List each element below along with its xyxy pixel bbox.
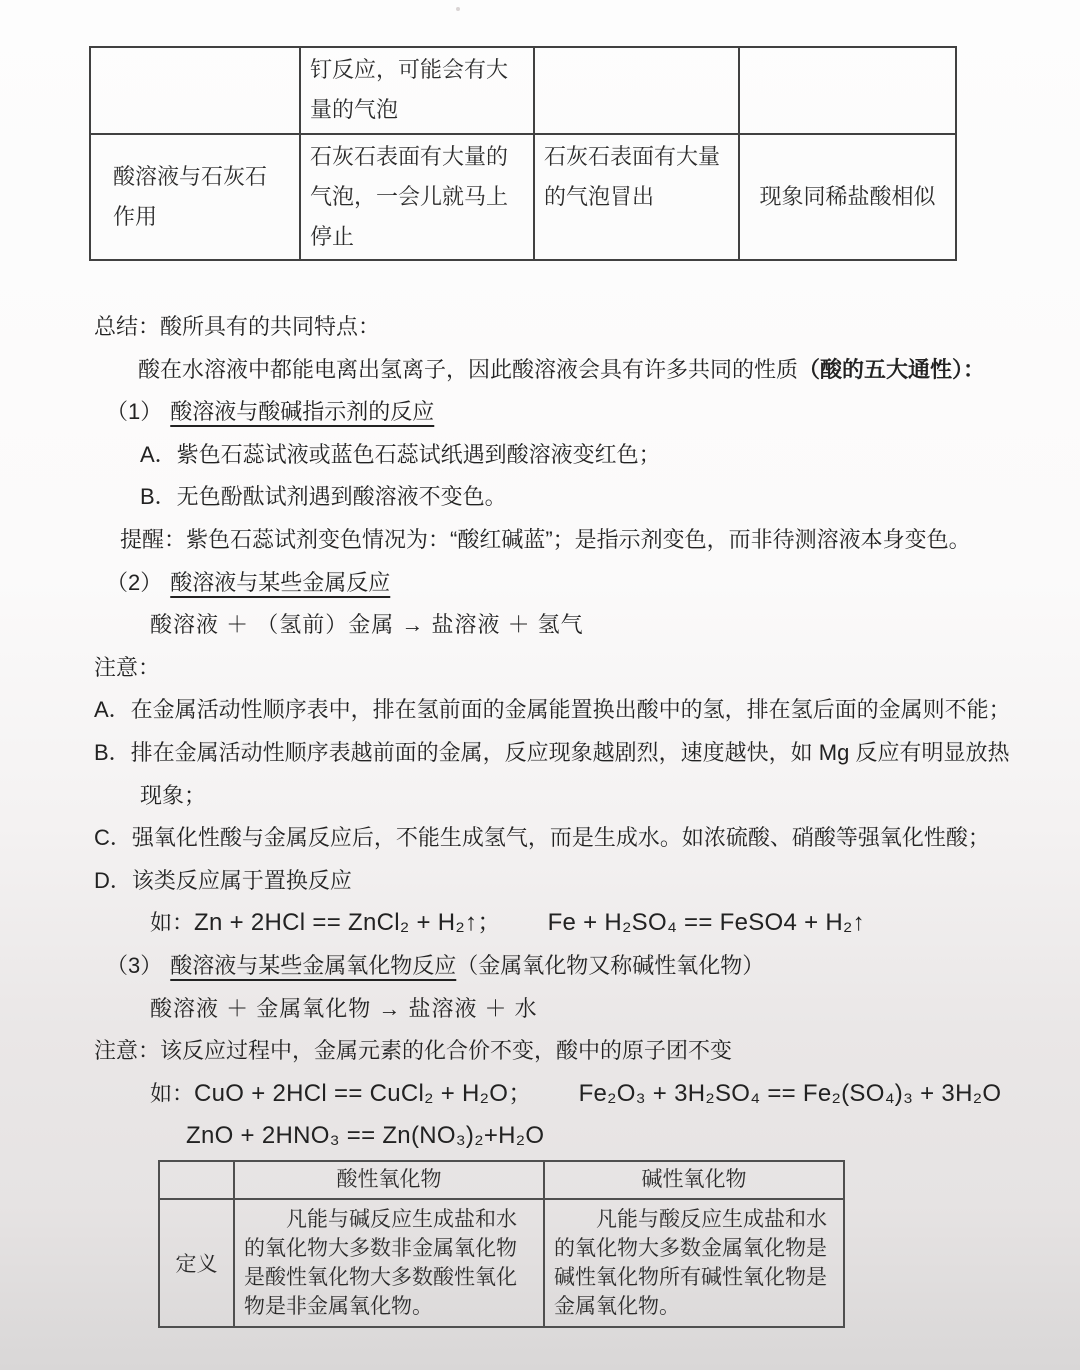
example-label: 如： (150, 910, 194, 935)
reaction-observation-table: 钉反应，可能会有大量的气泡 酸溶液与石灰石作用 石灰石表面有大量的气泡，一会儿就… (89, 46, 957, 261)
section2-reaction-scheme: 酸溶液 ＋ （氢前）金属 → 盐溶液 ＋ 氢气 (94, 604, 1018, 647)
notes-body: 总结：酸所具有的共同特点： 酸在水溶液中都能电离出氢离子，因此酸溶液会具有许多共… (94, 306, 1018, 1158)
table-row: 钉反应，可能会有大量的气泡 (90, 47, 956, 134)
section1-reminder: 提醒：紫色石蕊试剂变色情况为：“酸红碱蓝”；是指示剂变色，而非待测溶液本身变色。 (94, 519, 1018, 562)
table-cell-limestone-label: 酸溶液与石灰石作用 (90, 134, 300, 260)
table-row: 酸溶液与石灰石作用 石灰石表面有大量的气泡，一会儿就马上停止 石灰石表面有大量的… (90, 134, 956, 260)
section2-equations: 如：Zn + 2HCl == ZnCl₂ + H₂↑；Fe + H₂SO₄ ==… (94, 902, 1018, 945)
table-cell-empty (534, 47, 739, 134)
section1-title: 酸溶液与酸碱指示剂的反应 (170, 399, 434, 424)
section1-heading: （1）酸溶液与酸碱指示剂的反应 (94, 391, 1018, 434)
table-cell-empty (739, 47, 956, 134)
section2-item-d: D．该类反应属于置换反应 (94, 860, 1018, 903)
section3-equations: 如：CuO + 2HCl == CuCl₂ + H₂O；Fe₂O₃ + 3H₂S… (94, 1073, 1018, 1116)
section3-reaction-scheme: 酸溶液 ＋ 金属氧化物 → 盐溶液 ＋ 水 (94, 988, 1018, 1031)
table-cell-limestone-obs1: 石灰石表面有大量的气泡，一会儿就马上停止 (300, 134, 534, 260)
section2-item-b: B．排在金属活动性顺序表越前面的金属，反应现象越剧烈，速度越快，如 Mg 反应有… (94, 732, 1018, 817)
section3-number: （3） (106, 953, 162, 978)
document-page: 钉反应，可能会有大量的气泡 酸溶液与石灰石作用 石灰石表面有大量的气泡，一会儿就… (0, 0, 1080, 1370)
section1-item-b: B．无色酚酞试剂遇到酸溶液不变色。 (94, 476, 1018, 519)
section2-title: 酸溶液与某些金属反应 (170, 570, 390, 595)
basic-oxide-definition: 凡能与酸反应生成盐和水的氧化物大多数金属氧化物是碱性氧化物所有碱性氧化物是金属氧… (544, 1199, 844, 1327)
summary-intro-bold: （酸的五大通性）： (798, 357, 985, 382)
section3-heading: （3）酸溶液与某些金属氧化物反应（金属氧化物又称碱性氧化物） (94, 945, 1018, 988)
table-row: 定义 凡能与碱反应生成盐和水的氧化物大多数非金属氧化物是酸性氧化物大多数酸性氧化… (159, 1199, 844, 1327)
section2-heading: （2）酸溶液与某些金属反应 (94, 562, 1018, 605)
artifact-dot (456, 7, 460, 11)
section2-number: （2） (106, 570, 162, 595)
oxide-definition-table: 酸性氧化物 碱性氧化物 定义 凡能与碱反应生成盐和水的氧化物大多数非金属氧化物是… (158, 1160, 845, 1328)
definition-row-label: 定义 (159, 1199, 234, 1327)
summary-heading: 总结：酸所具有的共同特点： (94, 306, 1018, 349)
table-cell-empty (90, 47, 300, 134)
acidic-oxide-header: 酸性氧化物 (234, 1161, 544, 1199)
section3-title-note: （金属氧化物又称碱性氧化物） (456, 953, 764, 978)
basic-oxide-header: 碱性氧化物 (544, 1161, 844, 1199)
section2-item-c: C．强氧化性酸与金属反应后，不能生成氢气，而是生成水。如浓硫酸、硝酸等强氧化性酸… (94, 817, 1018, 860)
section1-item-a: A．紫色石蕊试液或蓝色石蕊试纸遇到酸溶液变红色； (94, 434, 1018, 477)
section2-note-label: 注意： (94, 647, 1018, 690)
acidic-oxide-definition: 凡能与碱反应生成盐和水的氧化物大多数非金属氧化物是酸性氧化物大多数酸性氧化物是非… (234, 1199, 544, 1327)
table-cell-limestone-obs3: 现象同稀盐酸相似 (739, 134, 956, 260)
summary-intro: 酸在水溶液中都能电离出氢离子，因此酸溶液会具有许多共同的性质（酸的五大通性）： (94, 349, 1018, 392)
section1-number: （1） (106, 399, 162, 424)
equation-zn-hcl: Zn + 2HCl == ZnCl₂ + H₂↑； (194, 909, 502, 936)
section2-item-a: A．在金属活动性顺序表中，排在氢前面的金属能置换出酸中的氢，排在氢后面的金属则不… (94, 689, 1018, 732)
equation-fe-h2so4: Fe + H₂SO₄ == FeSO4 + H₂↑ (548, 909, 865, 936)
table-header-row: 酸性氧化物 碱性氧化物 (159, 1161, 844, 1199)
equation-zno-hno3: ZnO + 2HNO₃ == Zn(NO₃)₂+H₂O (94, 1115, 1018, 1158)
section3-note: 注意：该反应过程中，金属元素的化合价不变，酸中的原子团不变 (94, 1030, 1018, 1073)
table-cell-limestone-obs2: 石灰石表面有大量的气泡冒出 (534, 134, 739, 260)
equation-fe2o3-h2so4: Fe₂O₃ + 3H₂SO₄ == Fe₂(SO₄)₃ + 3H₂O (579, 1080, 1002, 1107)
equation-cuo-hcl: CuO + 2HCl == CuCl₂ + H₂O； (194, 1080, 533, 1107)
section3-title: 酸溶液与某些金属氧化物反应 (170, 953, 456, 978)
oxide-header-empty (159, 1161, 234, 1199)
summary-intro-text: 酸在水溶液中都能电离出氢离子，因此酸溶液会具有许多共同的性质 (138, 357, 798, 382)
example-label: 如： (150, 1081, 194, 1106)
table-cell-nail-reaction: 钉反应，可能会有大量的气泡 (300, 47, 534, 134)
